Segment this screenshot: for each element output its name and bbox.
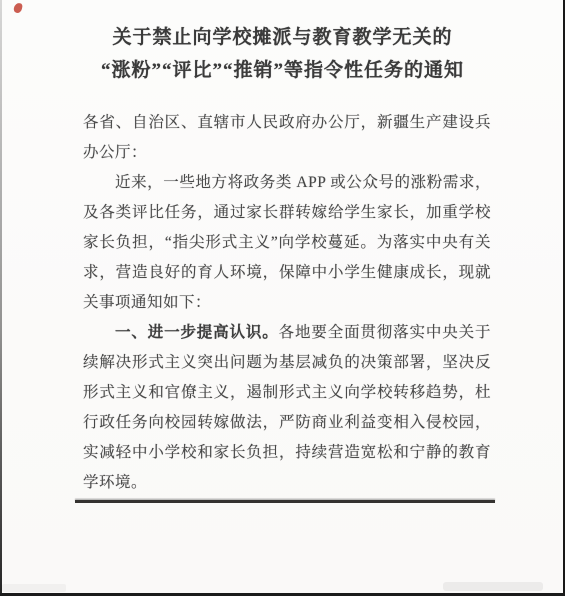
body-line: 办公厅： bbox=[83, 138, 491, 168]
body-line: 学环境。 bbox=[83, 468, 491, 498]
body-line: 及各类评比任务，通过家长群转嫁给学生家长，加重学校和 bbox=[83, 198, 491, 228]
scanned-notice-page: 关于禁止向学校摊派与教育教学无关的 “涨粉”“评比”“推销”等指令性任务的通知 … bbox=[0, 0, 565, 596]
notice-body: 各省、自治区、直辖市人民政府办公厅，新疆生产建设兵团办公厅：近来，一些地方将政务… bbox=[83, 108, 491, 498]
body-line: 实减轻中小学校和家长负担，持续营造宽松和宁静的教育教 bbox=[83, 438, 491, 468]
scan-edge-left bbox=[0, 0, 2, 596]
scan-smudge-bottom-left bbox=[2, 584, 66, 592]
body-line: 各省、自治区、直辖市人民政府办公厅，新疆生产建设兵团 bbox=[83, 108, 491, 138]
notice-title-line-1: 关于禁止向学校摊派与教育教学无关的 bbox=[0, 21, 565, 54]
body-line: 一、进一步提高认识。各地要全面贯彻落实中央关于持 bbox=[83, 318, 491, 348]
footer-divider-line bbox=[75, 500, 495, 503]
notice-title-line-2: “涨粉”“评比”“推销”等指令性任务的通知 bbox=[0, 54, 565, 87]
body-line: 续解决形式主义突出问题为基层减负的决策部署，坚决反对 bbox=[83, 348, 491, 378]
notice-title: 关于禁止向学校摊派与教育教学无关的 “涨粉”“评比”“推销”等指令性任务的通知 bbox=[0, 21, 565, 87]
body-line: 近来，一些地方将政务类 APP 或公众号的涨粉需求，以 bbox=[83, 168, 491, 198]
body-line: 家长负担，“指尖形式主义”向学校蔓延。为落实中央有关要 bbox=[83, 228, 491, 258]
body-line: 求，营造良好的育人环境，保障中小学生健康成长，现就有 bbox=[83, 258, 491, 288]
bold-lead: 一、进一步提高认识。 bbox=[115, 324, 279, 341]
body-line: 行政任务向校园转嫁做法，严防商业利益变相入侵校园，切 bbox=[83, 408, 491, 438]
red-pen-mark bbox=[13, 2, 23, 13]
body-line: 关事项通知如下： bbox=[83, 288, 491, 318]
scan-smudge-bottom-right bbox=[443, 582, 543, 591]
body-line: 形式主义和官僚主义，遏制形式主义向学校转移趋势，杜绝 bbox=[83, 378, 491, 408]
